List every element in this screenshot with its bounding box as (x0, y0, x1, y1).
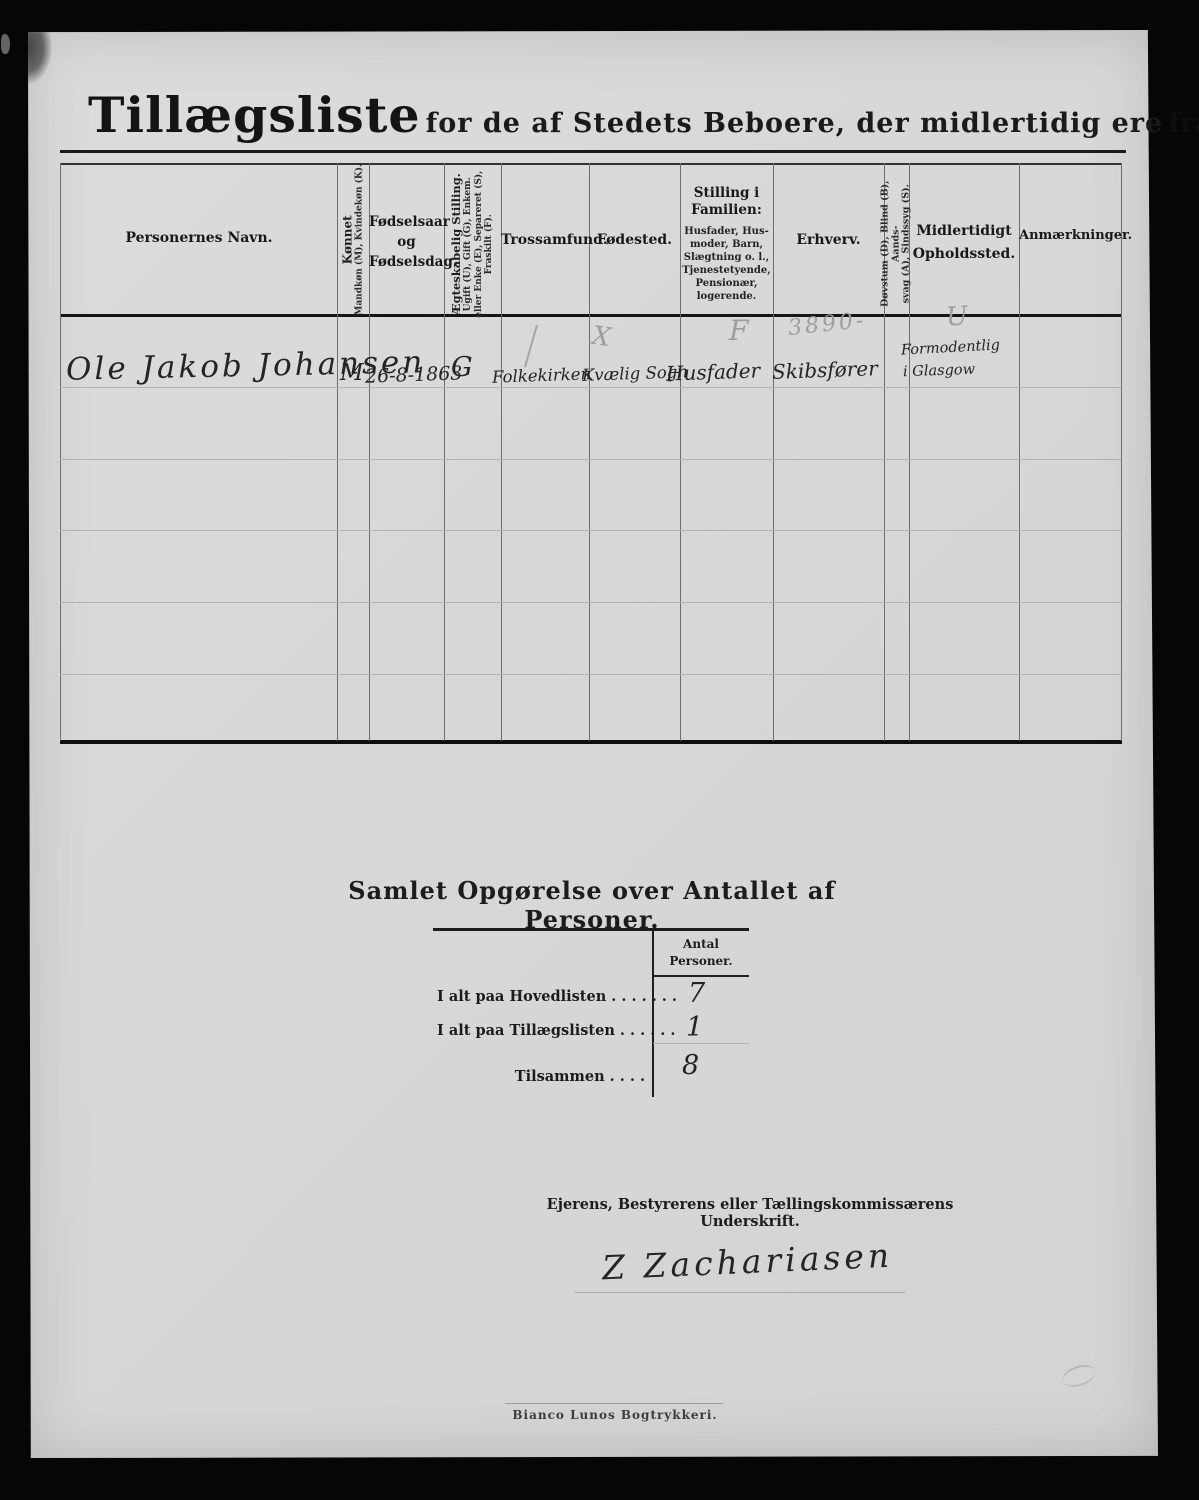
paper-corner-fold (28, 32, 52, 84)
table-column-rule (60, 163, 61, 741)
table-row-rule (60, 530, 1121, 531)
summary-top-rule (433, 928, 749, 931)
pencil-mark-u: U (945, 301, 969, 332)
column-header-family-line6: Tjenestetyende, (680, 264, 773, 277)
table-row-rule (60, 602, 1121, 603)
table-column-rule (1121, 163, 1122, 741)
column-header-family: Stilling i Familien: Husfader, Hus- mode… (680, 185, 773, 303)
footer-rule (505, 1403, 723, 1404)
column-header-family-line3: Husfader, Hus- (680, 225, 773, 238)
scanned-census-page: Tillægsliste for de af Stedets Beboere, … (0, 0, 1199, 1500)
column-header-occupation: Erhverv. (773, 232, 884, 248)
printer-credit: Bianco Lunos Bogtrykkeri. (455, 1408, 775, 1422)
column-header-family-line7: Pensionær, (680, 277, 773, 290)
table-column-rule (589, 163, 590, 741)
entry-sex: M (340, 360, 364, 386)
table-column-rule (337, 163, 338, 741)
summary-row2-label: I alt paa Tillægslisten . . . . . . (437, 1022, 645, 1039)
table-column-rule (1019, 163, 1020, 741)
column-header-sex-line1: Kønnet (341, 164, 354, 316)
column-header-residence-line1: Midlertidigt (909, 220, 1019, 243)
page-title: Tillægsliste for de af Stedets Beboere, … (88, 86, 1108, 144)
pencil-mark-x: X (590, 321, 613, 353)
entry-residence-line2: i Glasgow (903, 362, 975, 381)
summary-row1-value: 7 (688, 978, 705, 1009)
summary-subtotal-rule (653, 1043, 749, 1044)
summary-row2-value: 1 (686, 1012, 703, 1043)
summary-title: Samlet Opgørelse over Antallet af Person… (280, 876, 904, 934)
column-header-sex-line2: Mandkøn (M), Kvindekøn (K). (354, 164, 365, 316)
table-column-rule (444, 163, 445, 741)
column-header-marital-line4: Fraskilt (F). (484, 168, 495, 320)
column-header-family-line5: Slægtning o. l., (680, 251, 773, 264)
column-header-birth-line2: og (369, 232, 444, 252)
summary-header-underline (652, 975, 749, 977)
entry-faith: Folkekirken (492, 364, 592, 386)
summary-row3-label: Tilsammen . . . . (437, 1068, 645, 1085)
table-row-rule (60, 459, 1121, 460)
column-header-family-line8: logerende. (680, 290, 773, 303)
page-title-subtitle-bold: fraværende. (1168, 108, 1199, 139)
summary-row1-label: I alt paa Hovedlisten . . . . . . . (437, 988, 645, 1005)
summary-row3-value: 8 (682, 1050, 699, 1081)
table-column-rule (773, 163, 774, 741)
column-header-marital: Ægteskabelig Stilling. Ugift (U), Gift (… (450, 168, 495, 320)
column-header-residence: Midlertidigt Opholdssted. (909, 220, 1019, 266)
column-header-marital-line2: Ugift (U), Gift (G), Enkem. (463, 168, 474, 320)
entry-birthdate: 26-8-1863 (365, 362, 463, 387)
column-header-remarks: Anmærkninger. (1019, 228, 1121, 243)
summary-count-header-line1: Antal (654, 936, 748, 953)
signature-underline (575, 1292, 905, 1293)
column-header-family-line2: Familien: (680, 202, 773, 219)
column-header-disability-line1: Døvstum (D), Blind (B), Aands- (880, 168, 901, 320)
column-header-birthplace: Fødested. (589, 232, 680, 248)
table-row-rule (60, 387, 1121, 388)
table-column-rule (501, 163, 502, 741)
entry-marital-status: G (451, 352, 473, 383)
entry-occupation: Skibsfører (772, 356, 878, 384)
summary-count-header: Antal Personer. (654, 936, 748, 970)
title-underline (60, 150, 1126, 153)
column-header-residence-line2: Opholdssted. (909, 243, 1019, 266)
table-bottom-rule (60, 740, 1122, 744)
column-header-disability: Døvstum (D), Blind (B), Aands- svag (A),… (880, 168, 912, 320)
signature-label: Ejerens, Bestyrerens eller Tællingskommi… (520, 1196, 980, 1230)
column-header-family-line1: Stilling i (680, 185, 773, 202)
column-header-birth-line1: Fødselsaar (369, 212, 444, 232)
column-header-birth: Fødselsaar og Fødselsdag. (369, 212, 444, 272)
scan-edge-artifact (1, 34, 10, 54)
column-header-sex: Kønnet Mandkøn (M), Kvindekøn (K). (341, 164, 365, 316)
column-header-marital-line3: eller Enke (E), Separeret (S), (473, 168, 484, 320)
page-title-main: Tillægsliste (88, 86, 421, 144)
column-header-name: Personernes Navn. (66, 230, 332, 246)
column-header-family-line4: moder, Barn, (680, 238, 773, 251)
summary-count-header-line2: Personer. (654, 953, 748, 970)
column-header-birth-line3: Fødselsdag. (369, 252, 444, 272)
table-top-rule (60, 163, 1122, 165)
entry-family-position: Husfader (666, 358, 761, 385)
column-header-marital-line1: Ægteskabelig Stilling. (450, 168, 463, 320)
page-title-subtitle: for de af Stedets Beboere, der midlertid… (426, 108, 1164, 139)
table-row-rule (60, 674, 1121, 675)
column-header-faith: Trossamfund. (501, 232, 589, 248)
pencil-mark-f: F (729, 314, 748, 347)
